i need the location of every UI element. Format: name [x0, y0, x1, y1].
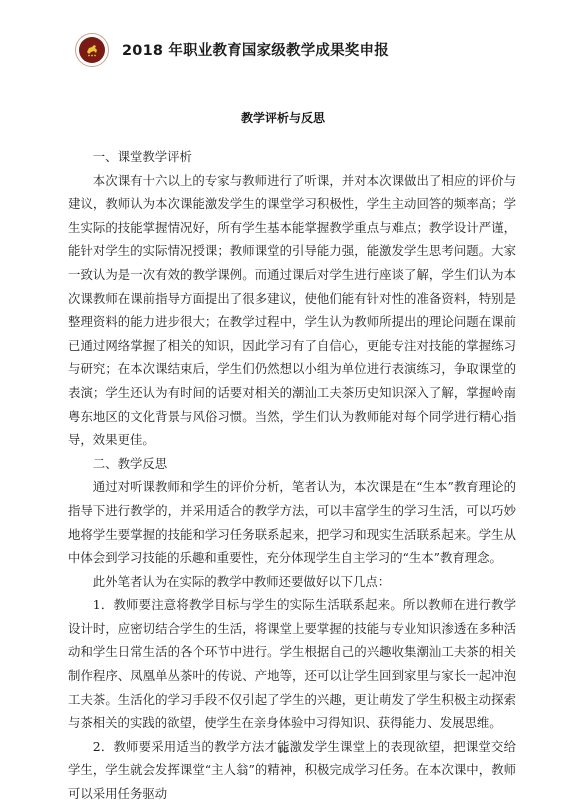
- paragraph: 1．教师要注意将教学目标与学生的实际生活联系起来。所以教师在进行教学设计时，应密…: [68, 593, 516, 735]
- page-header: 2018 年职业教育国家级教学成果奖申报: [75, 30, 109, 70]
- document-title: 教学评析与反思: [0, 109, 566, 126]
- paragraph: 此外笔者认为在实际的教学中教师还要做好以下几点：: [68, 570, 516, 594]
- section-heading-2: 二、教学反思: [68, 452, 516, 476]
- section-heading-1: 一、课堂教学评析: [68, 145, 516, 169]
- document-body: 一、课堂教学评析 本次课有十六以上的专家与教师进行了听课，并对本次课做出了相应的…: [68, 145, 516, 800]
- paragraph: 通过对听课教师和学生的评价分析，笔者认为，本次课是在“生本”教育理论的指导下进行…: [68, 475, 516, 569]
- header-title: 2018 年职业教育国家级教学成果奖申报: [122, 39, 389, 60]
- page-number: 10: [0, 746, 566, 755]
- paragraph: 本次课有十六以上的专家与教师进行了听课，并对本次课做出了相应的评价与建议，教师认…: [68, 169, 516, 452]
- paragraph: 2．教师要采用适当的教学方法才能激发学生课堂上的表现欲望，把课堂交给学生，学生就…: [68, 735, 516, 800]
- school-emblem-icon: [75, 33, 109, 67]
